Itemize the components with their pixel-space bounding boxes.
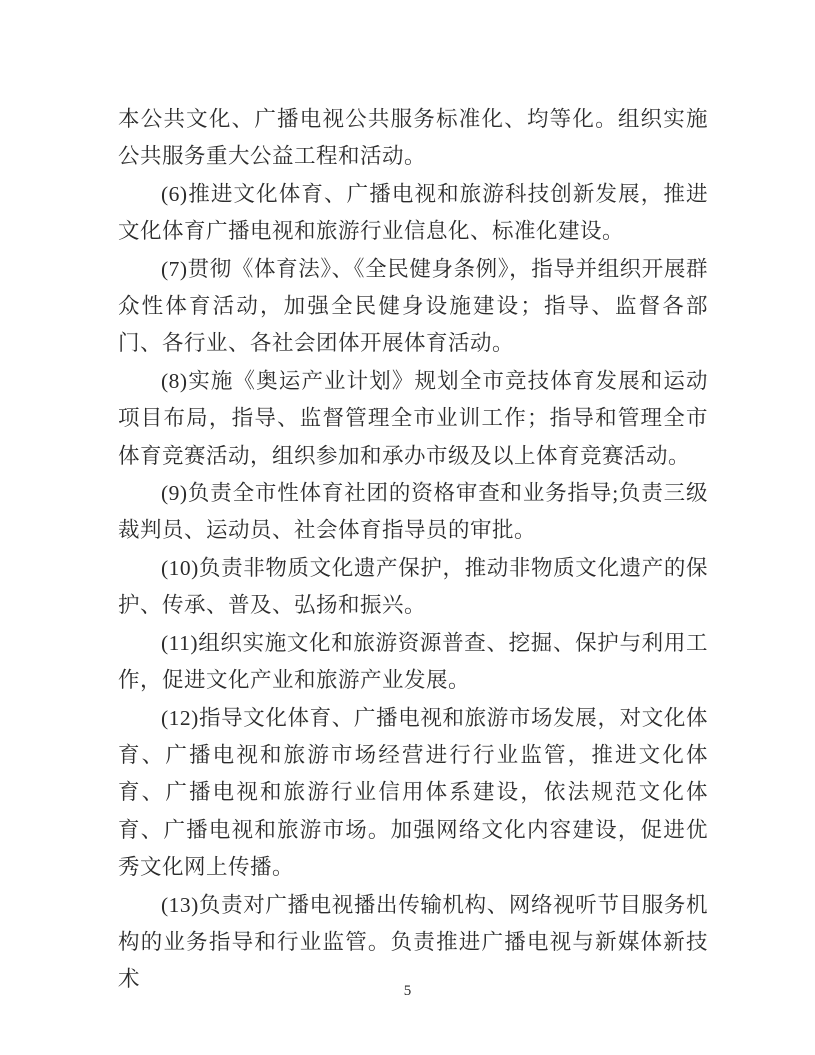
paragraph-item-13: (13)负责对广播电视播出传输机构、网络视听节目服务机构的业务指导和行业监管。负… [118,887,708,999]
paragraph-item-9: (9)负责全市性体育社团的资格审查和业务指导;负责三级裁判员、运动员、社会体育指… [118,475,708,550]
paragraph-item-12: (12)指导文化体育、广播电视和旅游市场发展，对文化体育、广播电视和旅游市场经营… [118,700,708,887]
paragraph-item-7: (7)贯彻《体育法》、《全民健身条例》，指导并组织开展群众性体育活动，加强全民健… [118,251,708,363]
page-number: 5 [0,983,815,1000]
paragraph-item-10: (10)负责非物质文化遗产保护，推动非物质文化遗产的保护、传承、普及、弘扬和振兴… [118,550,708,625]
paragraph-item-8: (8)实施《奥运产业计划》规划全市竞技体育发展和运动项目布局，指导、监督管理全市… [118,363,708,475]
paragraph-item-11: (11)组织实施文化和旅游资源普查、挖掘、保护与利用工作，促进文化产业和旅游产业… [118,625,708,700]
document-body: 本公共文化、广播电视公共服务标准化、均等化。组织实施公共服务重大公益工程和活动。… [118,101,708,999]
document-page: 本公共文化、广播电视公共服务标准化、均等化。组织实施公共服务重大公益工程和活动。… [0,0,815,1055]
paragraph-continuation: 本公共文化、广播电视公共服务标准化、均等化。组织实施公共服务重大公益工程和活动。 [118,101,708,176]
paragraph-item-6: (6)推进文化体育、广播电视和旅游科技创新发展，推进文化体育广播电视和旅游行业信… [118,176,708,251]
